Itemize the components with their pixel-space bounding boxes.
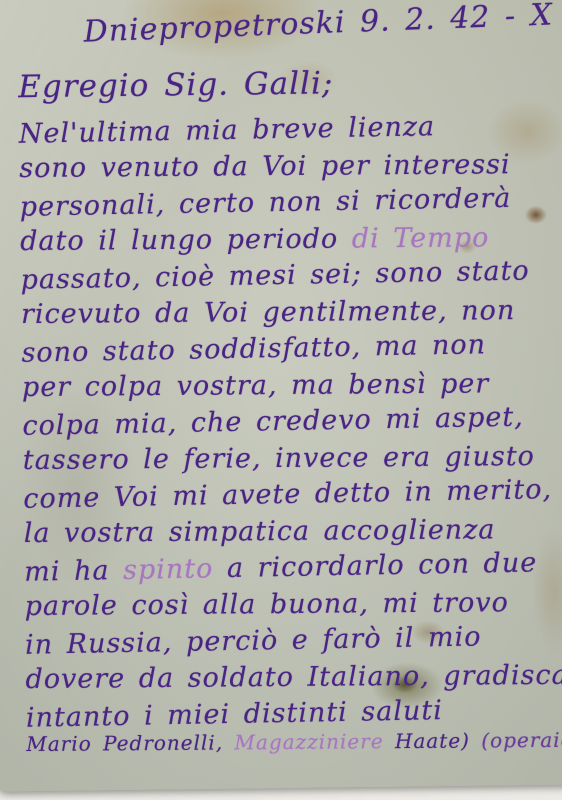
ink-segment: tassero le ferie, invece era giusto <box>23 441 535 476</box>
ink-segment: dovere da soldato Italiano, gradisca <box>25 659 562 694</box>
handwritten-line: mi ha spinto a ricordarlo con due <box>24 545 545 591</box>
ink-segment: Mario Pedronelli, <box>26 730 234 756</box>
letter-body: Nel'ultima mia breve lienzasono venuto d… <box>19 109 547 760</box>
handwritten-line: passato, cioè mesi sei; sono stato <box>20 253 541 299</box>
ink-segment: spinto <box>123 553 214 586</box>
handwritten-line: come Voi mi avete detto in merito, <box>23 472 544 518</box>
ink-segment: Nel'ultima mia breve lienza <box>19 111 436 150</box>
ink-segment: ricevuto da Voi gentilmente, non <box>21 295 515 330</box>
dateline: Dniepropetroski 9. 2. 42 - X X <box>83 0 562 50</box>
ink-segment: parole così alla buona, mi trovo <box>25 587 509 622</box>
postcard: Dniepropetroski 9. 2. 42 - X X Egregio S… <box>0 0 562 792</box>
ink-segment: passato, cioè mesi sei; sono stato <box>20 255 530 295</box>
ink-segment: personali, certo non si ricorderà <box>19 183 511 223</box>
ink-segment: mi ha <box>24 555 123 588</box>
scanned-postcard-page: { "document": { "kind_label": "handwritt… <box>0 0 562 800</box>
handwritten-line: personali, certo non si ricorderà <box>19 180 540 226</box>
ink-segment: in Russia, perciò e farò il mio <box>25 621 482 660</box>
ink-segment: (operaio) <box>481 727 562 752</box>
ink-segment: sono stato soddisfatto, ma non <box>21 329 486 369</box>
handwriting-layer: Dniepropetroski 9. 2. 42 - X X Egregio S… <box>0 0 562 792</box>
handwritten-line: Mario Pedronelli, Magazziniere Haate) (o… <box>26 724 546 758</box>
handwritten-line: sono stato soddisfatto, ma non <box>21 326 542 372</box>
ink-segment: per colpa vostra, ma bensì per <box>22 368 490 403</box>
ink-segment: sono venuto da Voi per interessi <box>19 149 511 184</box>
ink-segment: dato il lungo periodo <box>20 223 352 257</box>
salutation: Egregio Sig. Galli; <box>18 65 333 105</box>
ink-segment: colpa mia, che credevo mi aspet, <box>22 402 524 442</box>
handwritten-line: Nel'ultima mia breve lienza <box>19 107 540 153</box>
ink-segment: come Voi mi avete detto in merito, <box>23 474 552 515</box>
ink-segment: Haate) <box>384 728 482 753</box>
ink-segment: di Tempo <box>352 222 490 254</box>
ink-segment: Magazziniere <box>234 729 383 754</box>
ink-segment: a ricordarlo con due <box>213 547 537 584</box>
handwritten-line: in Russia, perciò e farò il mio <box>25 618 546 664</box>
handwritten-line: colpa mia, che credevo mi aspet, <box>22 399 543 445</box>
ink-segment: la vostra simpatica accoglienza <box>24 514 496 549</box>
